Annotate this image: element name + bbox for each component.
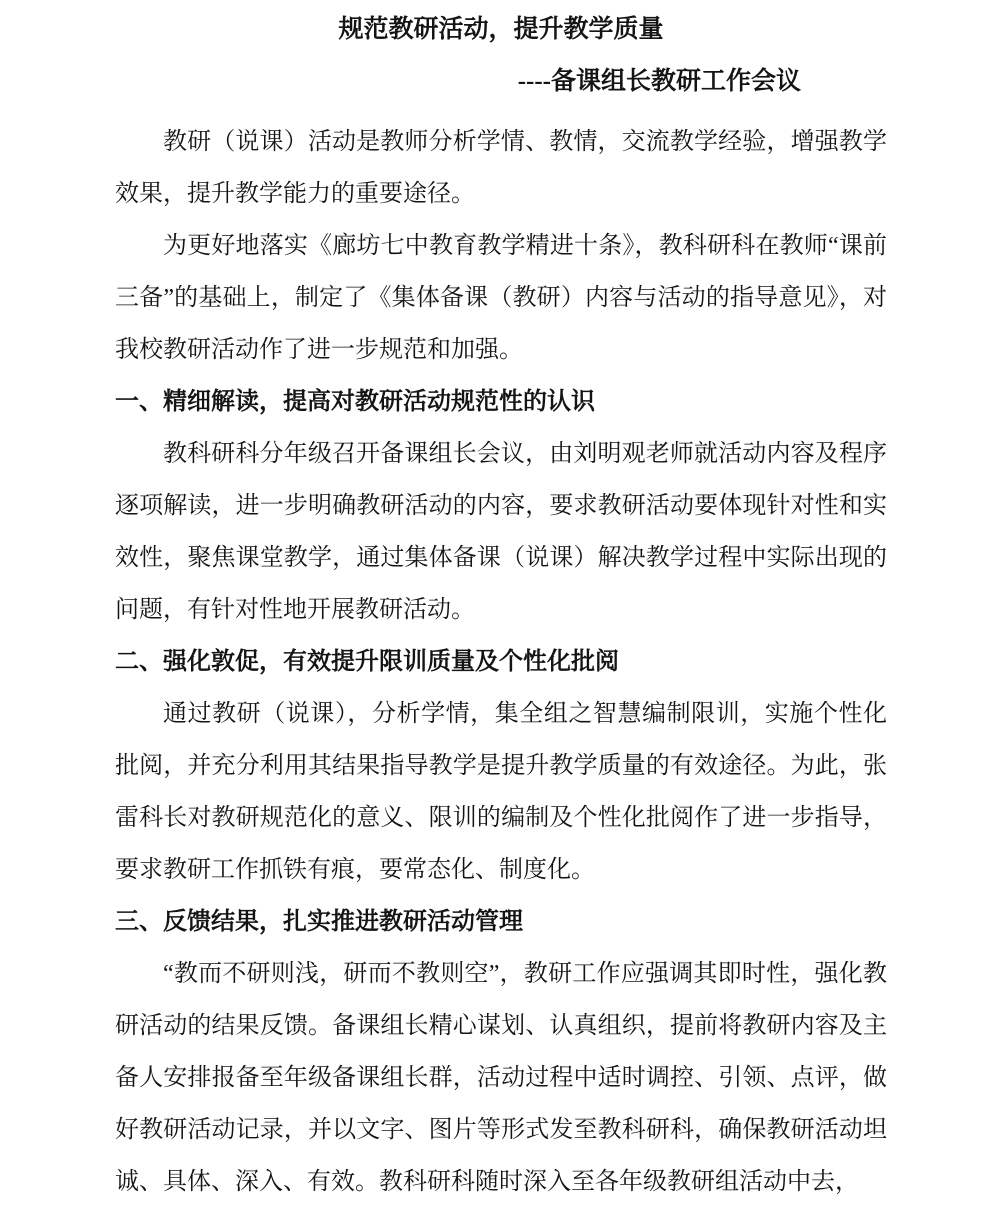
document-subtitle: ----备课组长教研工作会议 [115, 56, 887, 108]
paragraph: 通过教研（说课），分析学情，集全组之智慧编制限训，实施个性化批阅，并充分利用其结… [115, 688, 887, 896]
document-title: 规范教研活动，提升教学质量 [115, 4, 887, 56]
paragraph: 教科研科分年级召开备课组长会议，由刘明观老师就活动内容及程序逐项解读，进一步明确… [115, 428, 887, 636]
section-heading: 三、反馈结果，扎实推进教研活动管理 [115, 896, 887, 948]
paragraph: “教而不研则浅，研而不教则空”，教研工作应强调其即时性，强化教研活动的结果反馈。… [115, 948, 887, 1208]
document-body: 教研（说课）活动是教师分析学情、教情，交流教学经验，增强教学效果，提升教学能力的… [115, 116, 887, 1208]
paragraph: 为更好地落实《廊坊七中教育教学精进十条》，教科研科在教师“课前三备”的基础上，制… [115, 220, 887, 376]
document-page: 规范教研活动，提升教学质量 ----备课组长教研工作会议 教研（说课）活动是教师… [0, 0, 991, 1221]
section-heading: 二、强化敦促，有效提升限训质量及个性化批阅 [115, 636, 887, 688]
paragraph: 教研（说课）活动是教师分析学情、教情，交流教学经验，增强教学效果，提升教学能力的… [115, 116, 887, 220]
section-heading: 一、精细解读，提高对教研活动规范性的认识 [115, 376, 887, 428]
